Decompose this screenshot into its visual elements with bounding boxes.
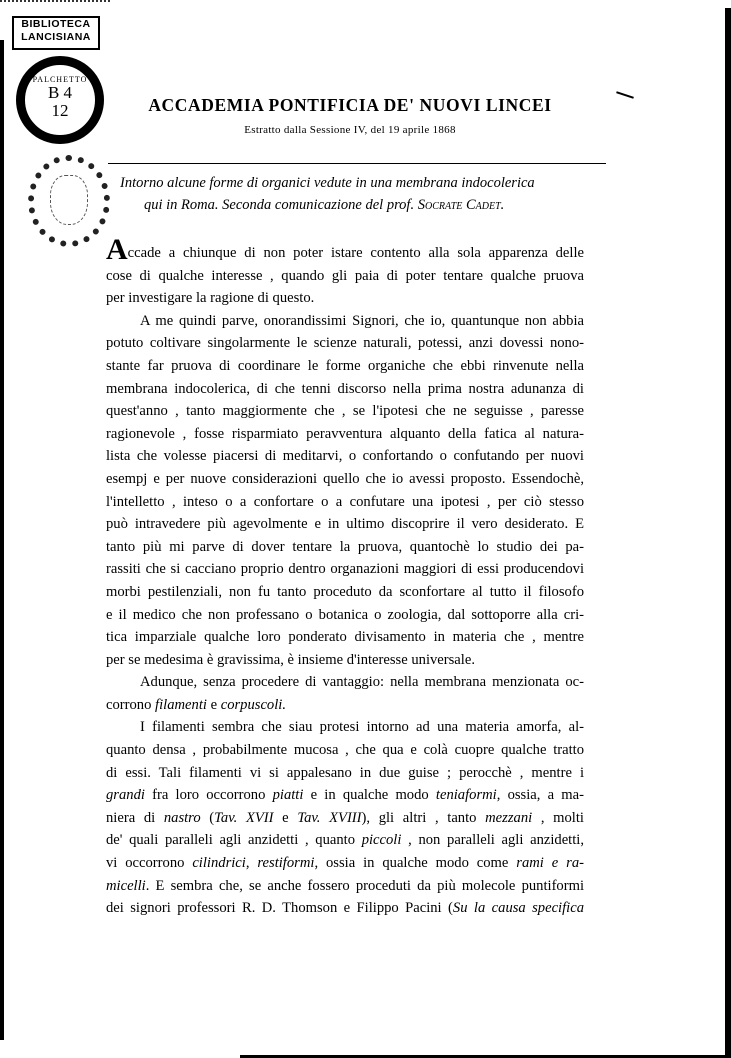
line-text: e in qualche modo: [303, 787, 435, 803]
text-line: lista che volesse piacersi di meditarvi,…: [106, 445, 584, 468]
line-text: , ossia, a ma-: [497, 787, 584, 803]
line-text: e: [207, 697, 221, 713]
italic-term: Tav. XVII: [214, 810, 273, 826]
text-line: per se medesima è gravissima, è insieme …: [106, 649, 584, 672]
text-line: A me quindi parve, onorandissimi Signori…: [106, 310, 584, 333]
text-line: de' quali paralleli agli anzidetti , qua…: [106, 829, 584, 852]
text-line: e il medico che non professano o botanic…: [106, 604, 584, 627]
text-line: grandi fra loro occorrono piatti e in qu…: [106, 784, 584, 807]
library-stamp-line2: LANCISIANA: [14, 31, 98, 44]
line-text: ), gli altri , tanto: [362, 810, 486, 826]
text-line: stante far pruova di coordinare le forme…: [106, 355, 584, 378]
line-text: niera di: [106, 810, 164, 826]
text-line: rassiti che si cacciano proprio dentro o…: [106, 558, 584, 581]
text-line: corrono filamenti e corpuscoli.: [106, 694, 584, 717]
italic-term: Tav. XVIII: [297, 810, 361, 826]
library-stamp-box: BIBLIOTECA LANCISIANA: [12, 16, 100, 50]
text-line: può intravedere più agevolmente e in ult…: [106, 513, 584, 536]
text-line: tica imparziale qualche loro ponderato d…: [106, 626, 584, 649]
text-line: tanto più mi parve di dover tentare la p…: [106, 536, 584, 559]
italic-term: nastro: [164, 810, 201, 826]
text-line: quanto densa , probabilmente mucosa , ch…: [106, 739, 584, 762]
academy-title: ACCADEMIA PONTIFICIA DE' NUOVI LINCEI: [140, 94, 560, 116]
line-text: e: [274, 810, 298, 826]
line-text: ccade a chiunque di non poter istare con…: [128, 245, 584, 261]
text-line: ragionevole , fosse risparmiato peravven…: [106, 423, 584, 446]
shelfmark-stamp: PALCHETTO B 4 12: [16, 56, 104, 144]
text-line: cose di qualche interesse , quando gli p…: [106, 265, 584, 288]
text-line: niera di nastro (Tav. XVII e Tav. XVIII)…: [106, 807, 584, 830]
text-line: Adunque, senza procedere di vantaggio: n…: [106, 671, 584, 694]
italic-term: restiformi: [257, 855, 314, 871]
italic-term: piatti: [273, 787, 304, 803]
line-text: fra loro occorrono: [145, 787, 273, 803]
line-text: vi occorrono: [106, 855, 192, 871]
italic-term: piccoli: [362, 832, 402, 848]
line-text: de' quali paralleli agli anzidetti , qua…: [106, 832, 362, 848]
text-line: di essi. Tali filamenti vi si appalesano…: [106, 762, 584, 785]
italic-term: filamenti: [155, 697, 207, 713]
masthead: ACCADEMIA PONTIFICIA DE' NUOVI LINCEI Es…: [140, 94, 560, 136]
text-line: per investigare la ragione di questo.: [106, 287, 584, 310]
line-text: , ossia in qualche modo come: [314, 855, 516, 871]
line-text: corrono: [106, 697, 155, 713]
line-text: dei signori professori R. D. Thomson e F…: [106, 900, 453, 916]
session-subtitle: Estratto dalla Sessione IV, del 19 april…: [140, 124, 560, 136]
text-line: vi occorrono cilindrici, restiformi, oss…: [106, 852, 584, 875]
article-title: Intorno alcune forme di organici vedute …: [120, 172, 590, 216]
italic-term: corpuscoli.: [221, 697, 286, 713]
author-name: Socrate Cadet.: [418, 197, 505, 213]
article-title-line2: qui in Roma. Seconda comunicazione del p…: [120, 194, 590, 216]
italic-term: grandi: [106, 787, 145, 803]
italic-term: rami e ra-: [516, 855, 584, 871]
italic-term: mezzani: [485, 810, 532, 826]
italic-term: cilindrici: [192, 855, 246, 871]
text-line: dei signori professori R. D. Thomson e F…: [106, 897, 584, 920]
library-stamp-line1: BIBLIOTECA: [14, 18, 98, 31]
text-line: I filamenti sembra che siau protesi into…: [106, 716, 584, 739]
text-line: potuto coltivare singolarmente le scienz…: [106, 332, 584, 355]
header-rule: [108, 163, 606, 164]
italic-term: micelli: [106, 878, 146, 894]
text-line: micelli. E sembra che, se anche fossero …: [106, 875, 584, 898]
article-title-line1: Intorno alcune forme di organici vedute …: [120, 172, 590, 194]
line-text: . E sembra che, se anche fossero procedu…: [146, 878, 584, 894]
text-line: Accade a chiunque di non poter istare co…: [106, 240, 584, 265]
pen-mark: [616, 91, 634, 98]
seal-emblem-icon: [50, 175, 88, 225]
shelfmark-shelf: B 4: [25, 84, 95, 102]
line-text: (: [201, 810, 215, 826]
scan-edge-top: [0, 0, 110, 6]
italic-term: Su la causa specifica: [453, 900, 584, 916]
text-line: l'intelletto , inteso o a confortare o a…: [106, 491, 584, 514]
text-line: membrana indocolerica, di che tenni disc…: [106, 378, 584, 401]
line-text: , molti: [532, 810, 584, 826]
library-seal-icon: [28, 155, 110, 247]
text-line: morbi pestilenziali, non fu tanto proced…: [106, 581, 584, 604]
text-line: esempj e per nuove considerazioni quello…: [106, 468, 584, 491]
italic-term: teniaformi: [436, 787, 497, 803]
scan-edge-right: [725, 8, 731, 1058]
line-text: ,: [246, 855, 258, 871]
body-text: Accade a chiunque di non poter istare co…: [106, 240, 584, 920]
line-text: , non paralleli agli anzidetti,: [401, 832, 584, 848]
drop-cap: A: [106, 233, 128, 266]
text-line: quest'anno , tanto maggiormente che , se…: [106, 400, 584, 423]
shelfmark-number: 12: [25, 102, 95, 120]
article-title-prefix: qui in Roma. Seconda comunicazione del p…: [144, 197, 418, 213]
scan-edge-left: [0, 40, 4, 1040]
